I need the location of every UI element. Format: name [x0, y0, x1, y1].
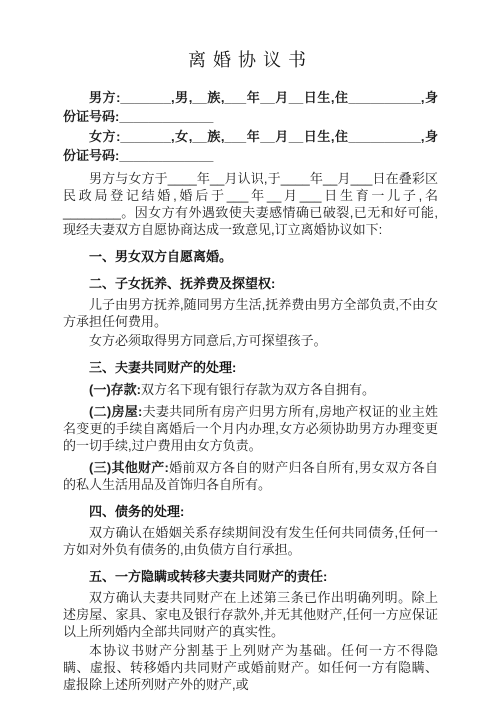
section4-paragraph-1: 双方确认在婚姻关系存续期间没有发生任何共同债务,任何一方如对外负有债务的,由负债… [63, 524, 438, 558]
party-male-line: 男方:_______,男,__族,___年__月__日生,住__________… [63, 88, 438, 126]
section3-item-deposits: (一)存款:双方名下现有银行存款为双方各自拥有。 [63, 381, 438, 398]
section2-paragraph-1: 儿子由男方抚养,随同男方生活,抚养费由男方全部负责,不由女方承担任何费用。 [63, 296, 438, 330]
section5-paragraph-1: 双方确认夫妻共同财产在上述第三条已作出明确列明。除上述房屋、家具、家电及银行存款… [63, 589, 438, 640]
section3-heading: 三、夫妻共同财产的处理: [63, 359, 438, 376]
section2-paragraph-2: 女方必须取得男方同意后,方可探望孩子。 [63, 332, 438, 349]
document-page: 离婚协议书 男方:_______,男,__族,___年__月__日生,住____… [0, 0, 500, 707]
section1-heading: 一、男女双方自愿离婚。 [63, 248, 438, 265]
section2-heading: 二、子女抚养、抚养费及探望权: [63, 275, 438, 292]
section5-heading: 五、一方隐瞒或转移夫妻共同财产的责任: [63, 568, 438, 585]
section5-paragraph-2: 本协议书财产分割基于上列财产为基础。任何一方不得隐瞒、虚报、转移婚内共同财产或婚… [63, 642, 438, 693]
section3-item-house-lead: (二)房屋: [89, 404, 142, 419]
section3-item-house: (二)房屋:夫妻共同所有房产归男方所有,房地产权证的业主姓名变更的手续自离婚后一… [63, 403, 438, 454]
document-title: 离婚协议书 [63, 47, 438, 73]
section3-item-other-property: (三)其他财产:婚前双方各自的财产归各自所有,男女双方各自的私人生活用品及首饰归… [63, 459, 438, 493]
section3-item-deposits-text: 双方名下现有银行存款为双方各自拥有。 [141, 382, 375, 397]
section3-item-other-property-lead: (三)其他财产: [89, 460, 169, 475]
intro-paragraph: 男方与女方于____年__月认识,于____年__月___日在叠彩区民政局登记结… [63, 170, 438, 238]
party-female-line: 女方:_______,女,__族,___年__月__日生,住__________… [63, 127, 438, 165]
section3-item-deposits-lead: (一)存款: [89, 382, 141, 397]
section4-heading: 四、债务的处理: [63, 503, 438, 520]
